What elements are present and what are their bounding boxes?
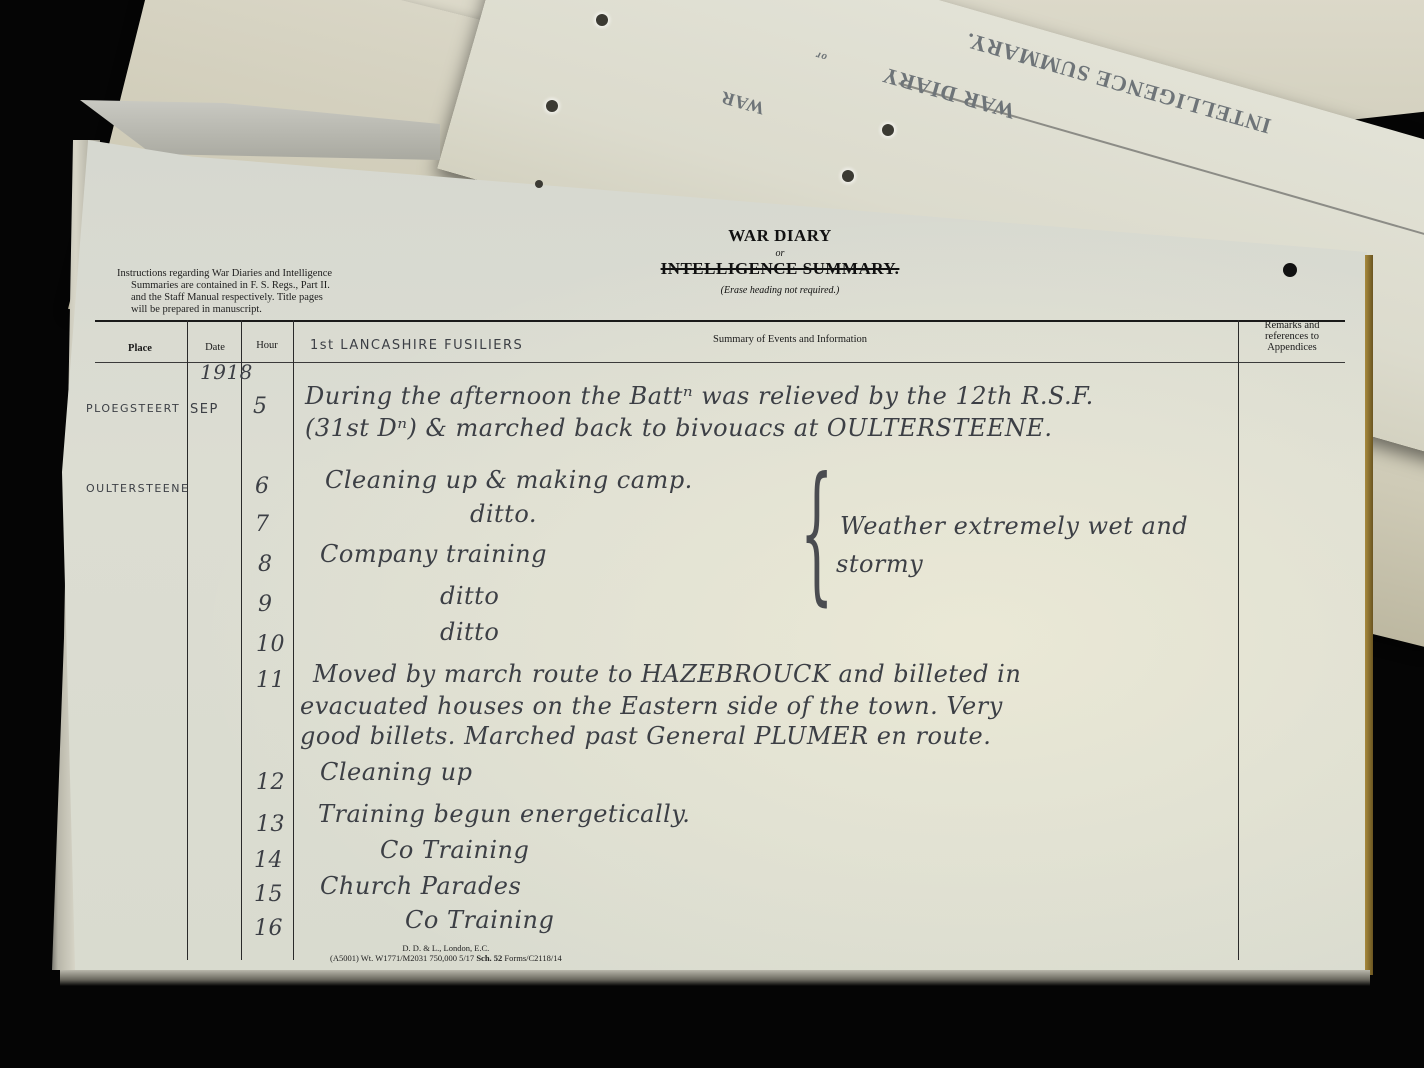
instructions-line: Instructions regarding War Diaries and I… xyxy=(117,268,427,280)
entry-date: 9 xyxy=(258,592,273,617)
column-header-hour: Hour xyxy=(243,340,291,351)
entry-date: 14 xyxy=(254,848,283,873)
entry-date: 16 xyxy=(254,916,283,941)
sheet-right-edge xyxy=(1365,255,1373,975)
entry-text: ditto xyxy=(440,582,499,610)
entry-date: 5 xyxy=(253,394,268,419)
entry-text: (31st Dⁿ) & marched back to bivouacs at … xyxy=(305,414,1052,442)
imprint-forms: Forms/C2118/14 xyxy=(504,953,561,963)
title-war-diary: WAR DIARY xyxy=(560,226,1000,246)
imprint-schedule: Sch. 52 xyxy=(476,953,502,963)
entry-text: Co Training xyxy=(380,836,529,864)
form-instructions: Instructions regarding War Diaries and I… xyxy=(117,268,427,316)
hour-summary-divider xyxy=(293,320,294,960)
column-header-place: Place xyxy=(100,343,180,354)
entry-place: OULTERSTEENE xyxy=(86,482,189,495)
entry-date: 11 xyxy=(256,668,285,693)
entry-text: Company training xyxy=(320,540,547,568)
entry-date: 6 xyxy=(255,474,270,499)
entry-text: ditto. xyxy=(470,500,537,528)
punch-hole xyxy=(882,124,894,136)
sheet-bottom-edge xyxy=(60,970,1370,986)
instructions-line: and the Staff Manual respectively. Title… xyxy=(117,292,427,304)
title-or: or xyxy=(560,248,1000,259)
entry-year: 1918 xyxy=(200,360,253,384)
entry-place: PLOEGSTEERT xyxy=(86,402,180,415)
entry-month: SEP xyxy=(190,402,219,417)
entry-date: 8 xyxy=(258,552,273,577)
table-top-rule xyxy=(95,320,1345,322)
remarks-header-line: Appendices xyxy=(1240,342,1344,353)
pin-hole xyxy=(535,180,543,188)
entry-text: Church Parades xyxy=(320,872,521,900)
punch-hole xyxy=(842,170,854,182)
bracket-icon: { xyxy=(800,458,833,608)
punch-hole xyxy=(546,100,558,112)
column-header-date: Date xyxy=(190,342,240,353)
column-header-remarks: Remarks and references to Appendices xyxy=(1240,320,1344,353)
entry-text: Cleaning up xyxy=(320,758,472,786)
date-hour-divider xyxy=(241,320,242,960)
entry-date: 7 xyxy=(255,512,270,537)
entry-text: Cleaning up & making camp. xyxy=(325,466,693,494)
entry-text: Moved by march route to HAZEBROUCK and b… xyxy=(313,660,1021,688)
printer-imprint: D. D. & L., London, E.C. (A5001) Wt. W17… xyxy=(330,943,562,963)
entry-text: evacuated houses on the Eastern side of … xyxy=(300,692,1003,720)
column-header-summary: Summary of Events and Information xyxy=(620,334,960,345)
entry-text: ditto xyxy=(440,618,499,646)
binder-hole xyxy=(1283,263,1297,277)
summary-remarks-divider xyxy=(1238,320,1239,960)
instructions-line: Summaries are contained in F. S. Regs., … xyxy=(117,280,427,292)
remarks-header-line: Remarks and xyxy=(1240,320,1344,331)
imprint-line: (A5001) Wt. W1771/M2031 750,000 5/17 Sch… xyxy=(330,953,562,963)
entry-text: Training begun energetically. xyxy=(318,800,690,828)
instructions-line: will be prepared in manuscript. xyxy=(117,304,427,316)
title-intelligence-summary: INTELLIGENCE SUMMARY. xyxy=(560,259,1000,279)
entry-date: 10 xyxy=(256,632,285,657)
form-title: WAR DIARY or INTELLIGENCE SUMMARY. (Eras… xyxy=(560,226,1000,296)
weather-note: Weather extremely wet and xyxy=(840,512,1188,540)
place-date-divider xyxy=(187,320,188,960)
entry-text: good billets. Marched past General PLUME… xyxy=(300,722,991,750)
header-bottom-rule xyxy=(95,362,1345,363)
imprint-details: (A5001) Wt. W1771/M2031 750,000 5/17 xyxy=(330,953,474,963)
imprint-line: D. D. & L., London, E.C. xyxy=(330,943,562,953)
entry-date: 13 xyxy=(256,812,285,837)
title-note: (Erase heading not required.) xyxy=(560,285,1000,296)
punch-hole xyxy=(596,14,608,26)
entry-date: 15 xyxy=(254,882,283,907)
entry-text: Co Training xyxy=(405,906,554,934)
entry-text: During the afternoon the Battⁿ was relie… xyxy=(305,382,1094,410)
entry-date: 12 xyxy=(256,770,285,795)
unit-name: 1st LANCASHIRE FUSILIERS xyxy=(310,338,523,353)
remarks-header-line: references to xyxy=(1240,331,1344,342)
weather-note: stormy xyxy=(836,550,923,578)
